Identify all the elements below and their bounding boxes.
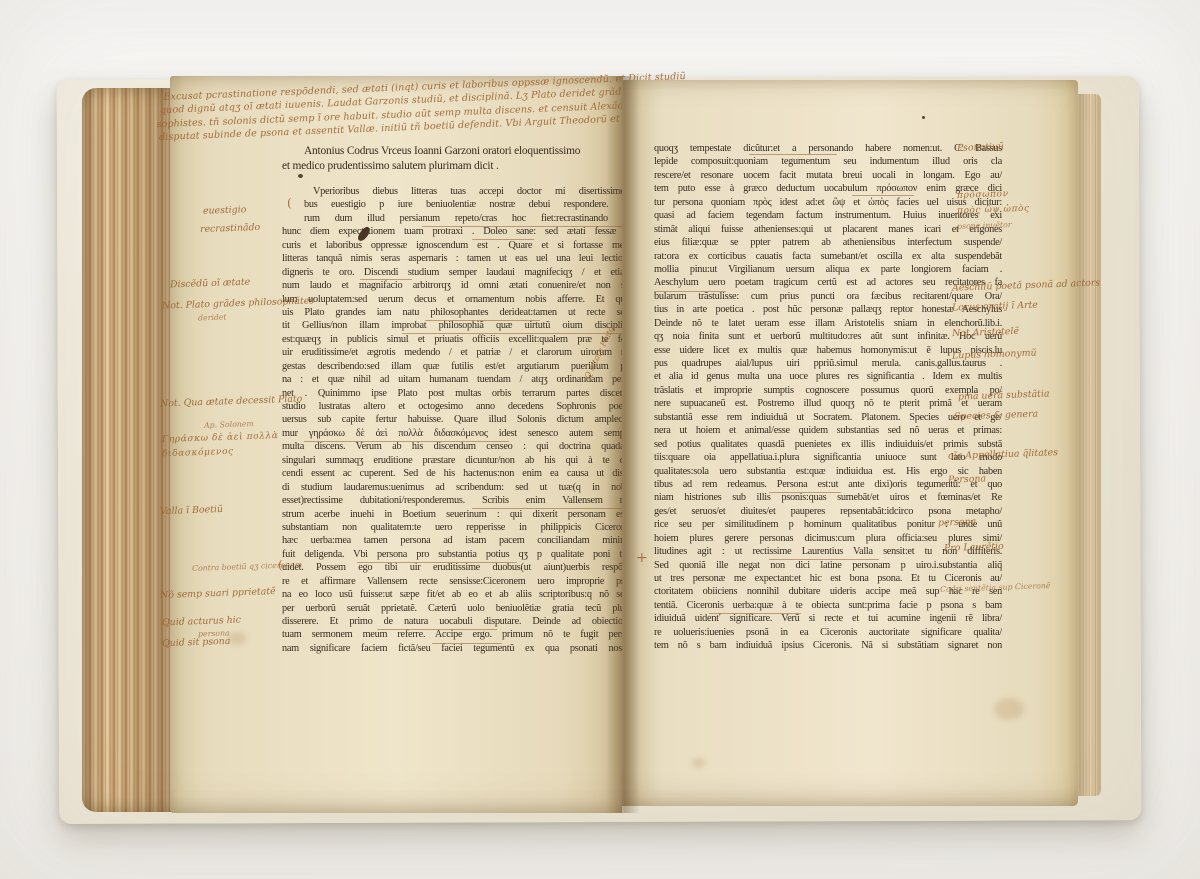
print-line: cendi essent ac cuperent. Sed de his hac… (282, 467, 632, 480)
ink-underline (654, 291, 726, 292)
print-line: singulari summaqʒ eruditione præstare di… (282, 454, 632, 467)
print-line: substantiã esse rem indiuiduã ut Socrate… (654, 411, 1002, 424)
margin-note: Quid sit psona (162, 636, 231, 649)
print-line: curis et laboribus oppressæ ignoscendum … (282, 239, 632, 252)
margin-note-greek: πρόσωπον (957, 189, 1009, 201)
letter-heading: Antonius Codrus Vrceus Ioanni Garzoni or… (282, 144, 634, 174)
ink-underline (360, 279, 412, 280)
ink-underline (709, 613, 801, 614)
ink-underline (432, 643, 502, 644)
margin-note: Quid acturus hic (162, 615, 241, 629)
margin-note: Nõ semp suari pprietatẽ (160, 586, 276, 601)
margin-note: Species & genera (954, 409, 1038, 423)
print-line: num laudo et magnifacio arbitrorqʒ id om… (282, 279, 632, 292)
margin-note: Not Aristotelẽ (952, 326, 1019, 339)
ink-underline (357, 562, 517, 563)
print-line: multa discens. Verum ab his discendum ce… (282, 440, 632, 453)
print-line: litteras tanquã nimis seras aspernaris :… (282, 252, 632, 265)
print-line: tem puto esse à græco deductum uocabulum… (654, 182, 1002, 195)
margin-note-greek: πρὸς ὢψ ὠπὸς (957, 204, 1030, 217)
paragraph-mark: ( (278, 558, 283, 572)
top-marginalia: Excusat pcrastinatione respõdendi, sed æ… (163, 71, 659, 144)
margin-note: euestigio (203, 204, 247, 217)
ink-underline (769, 559, 879, 560)
print-line: quasi ad faciem tegendam factum instrume… (654, 209, 1002, 222)
print-line: tuam sermonem meum referre. Accipe ergo.… (282, 628, 632, 641)
left-page-text: Vperioribus diebus litteras tuas accepi … (282, 185, 632, 655)
print-line: tentiã. Ciceronis uerba:quæ à te obiecta… (654, 599, 1002, 612)
print-line: hunc diem expectationem tuam protraxi . … (282, 225, 632, 238)
print-line: esset)rectissime dubitationi/responderem… (282, 494, 632, 507)
print-line: trãslatis et improprie sumptis cognoscer… (654, 384, 1002, 397)
print-line: gestas describendo:sed illam quæ futilis… (282, 360, 632, 373)
print-line: mur γηράσκω δὲ ἀεὶ πολλὰ διδασκόμενος id… (282, 427, 632, 440)
print-line: rum dum illud persianum repeto/cras hoc … (282, 212, 632, 225)
print-line: na eo loco usũ fuisse:ut sæpe fit/et ab … (282, 588, 632, 601)
margin-note: deridet (198, 313, 227, 323)
print-line: tem nõ s bam indiuiduã ipsius Ciceronis.… (654, 639, 1002, 652)
ink-underline (769, 492, 841, 493)
print-line: Deinde nõ te latet ueram esse illam Aris… (654, 317, 1002, 330)
print-line: lepide composuit:quoniam tegumentum seu … (654, 155, 1002, 168)
ink-underline (422, 226, 622, 227)
print-line: Vperioribus diebus litteras tuas accepi … (282, 185, 632, 198)
heading-line: et medico prudentissimo salutem plurimam… (282, 159, 634, 174)
ink-spot (922, 116, 925, 119)
foxing-stain (994, 698, 1024, 720)
margin-note: psonę inuẽtor (957, 220, 1012, 231)
print-line: na : et quæ nihil ad uitam humanam tuend… (282, 373, 632, 386)
print-line: rat:ora ex corticibus cauatis facta sume… (654, 250, 1002, 263)
foxing-stain (228, 632, 246, 645)
print-line: esse uidere licet ex multis quæ habemus … (654, 344, 1002, 357)
right-page: quoqʒ tempestate dicũtur:et a personando… (622, 80, 1078, 806)
print-line: sed potius qualitates quasdã puenietes e… (654, 438, 1002, 451)
print-line: uidet. Possem ego tibi uir eruditissime … (282, 561, 632, 574)
heading-line: Antonius Codrus Vrceus Ioanni Garzoni or… (282, 144, 634, 159)
margin-note: Psonatiuũ (957, 141, 1004, 154)
print-line: tit Gellius/non illam improbat philosoph… (282, 319, 632, 332)
print-line: re uolueris:iuenies psonã in ea Ciceroni… (654, 626, 1002, 639)
margin-note: pmã uerã substãtia (958, 388, 1050, 402)
print-line: uir eruditissime/et ægrotis medendo / et… (282, 346, 632, 359)
print-line: tius in arte poetica . post hũc personæ … (654, 303, 1002, 316)
print-line: tur persona quoniam πρὸς idest ad:et ὢψ … (654, 196, 1002, 209)
ink-spot (298, 174, 303, 178)
print-line: Sed quoniã ille negat non dici latine pe… (654, 559, 1002, 572)
print-line: stimãt aliqui fuisse athenienses:qui ut … (654, 223, 1002, 236)
margin-note: Pro Laurẽtio (944, 541, 1004, 554)
print-line: digneris te oro. Discendi studium semper… (282, 266, 632, 279)
print-line: Aeschylum uero poetam tragicum certũ est… (654, 276, 1002, 289)
left-page: Excusat pcrastinatione respõdendi, sed æ… (170, 76, 622, 813)
print-line: uis Plato grandes iam natu philosophante… (282, 306, 632, 319)
margin-note: persona (938, 516, 976, 528)
print-line: eius filiæ:quæ se ppter patrem ab atheni… (654, 236, 1002, 249)
book-gutter (606, 76, 640, 813)
print-line: pus quadrupes aial/lupus uiri ppriũ.simu… (654, 357, 1002, 370)
print-line: nera ut hoiem et animal/esse quidem subs… (654, 424, 1002, 437)
print-line: hæc uerba:mea tamen persona ad istam pac… (282, 534, 632, 547)
ink-underline (425, 320, 540, 321)
print-line: bus euestigio p iure beniuolentiæ nostræ… (282, 198, 632, 211)
ink-underline (852, 195, 914, 196)
margin-note: Ap. Solonem (204, 419, 254, 430)
ink-underline (377, 629, 497, 630)
print-line: disserere. Et primo de natura uocabuli d… (282, 615, 632, 628)
print-line: qʒ noia finita sunt et uerborũ multitudo… (654, 330, 1002, 343)
book-photo: Excusat pcrastinatione respõdendi, sed æ… (0, 0, 1200, 879)
right-page-stack (1078, 94, 1101, 796)
print-line: mollia pinu:ut Virgilianum uersum aliqua… (654, 263, 1002, 276)
margin-note-greek: Γηράσκω δὲ ἀεὶ πολλὰ (162, 431, 279, 445)
print-line: nere supuacaneũ est. Postremo illud quoq… (654, 397, 1002, 410)
print-line: per uerborũ seruãt pprietatẽ. Cæterũ uol… (282, 602, 632, 615)
print-line: re et affirmare Vallensem recte sensisse… (282, 575, 632, 588)
margin-note: Persona (948, 473, 986, 485)
margin-note: Discẽdũ oĩ ætate (170, 277, 251, 291)
print-line: studio lustratas altero et octogesimo an… (282, 400, 632, 413)
foxing-stain (692, 758, 705, 768)
print-line: strum acerbe inuehi in Boetium seuerinum… (282, 508, 632, 521)
ink-underline (472, 239, 534, 240)
print-line: net . Quinimmo ipse Plato post multas or… (282, 387, 632, 400)
print-line: lum uoluptatem:sed uerum decus et orname… (282, 293, 632, 306)
ink-underline (304, 441, 509, 442)
print-line: rescere/et resonare uocem facit mutata b… (654, 169, 1002, 182)
margin-note: Valla ĩ Boetiũ (160, 504, 223, 517)
ink-underline (749, 154, 837, 155)
ink-underline (472, 508, 627, 509)
margin-note: recrastinãdo (200, 222, 261, 235)
print-line: est:quæqʒ in publicis simul et priuatis … (282, 333, 632, 346)
print-line: idiuiduã uidenť significare. Verũ si rec… (654, 612, 1002, 625)
print-line: di studium laudaremus:uenimus ad scriben… (282, 481, 632, 494)
print-line: niam histriones sub illis psonis:quas su… (654, 491, 1002, 504)
right-page-text: quoqʒ tempestate dicũtur:et a personando… (654, 142, 1002, 653)
margin-note: Locus oratij ĩ Arte (952, 300, 1038, 314)
ink-underline (402, 333, 624, 334)
margin-note: Lupus homonymũ (952, 348, 1037, 362)
paragraph-mark: ( (287, 196, 292, 210)
print-line: uersus sub capite fertur habuisse. Quare… (282, 413, 632, 426)
margin-note-greek: διδασκόμενος (162, 447, 234, 459)
print-line: ut tres personæ me expectant:et hic est … (654, 572, 1002, 585)
print-line: et alia id genus multa una uoce plures r… (654, 370, 1002, 383)
print-line: fuit deligenda. Vbi persona pro substant… (282, 548, 632, 561)
print-line: substantiam non qualitatem:te uero reppe… (282, 521, 632, 534)
